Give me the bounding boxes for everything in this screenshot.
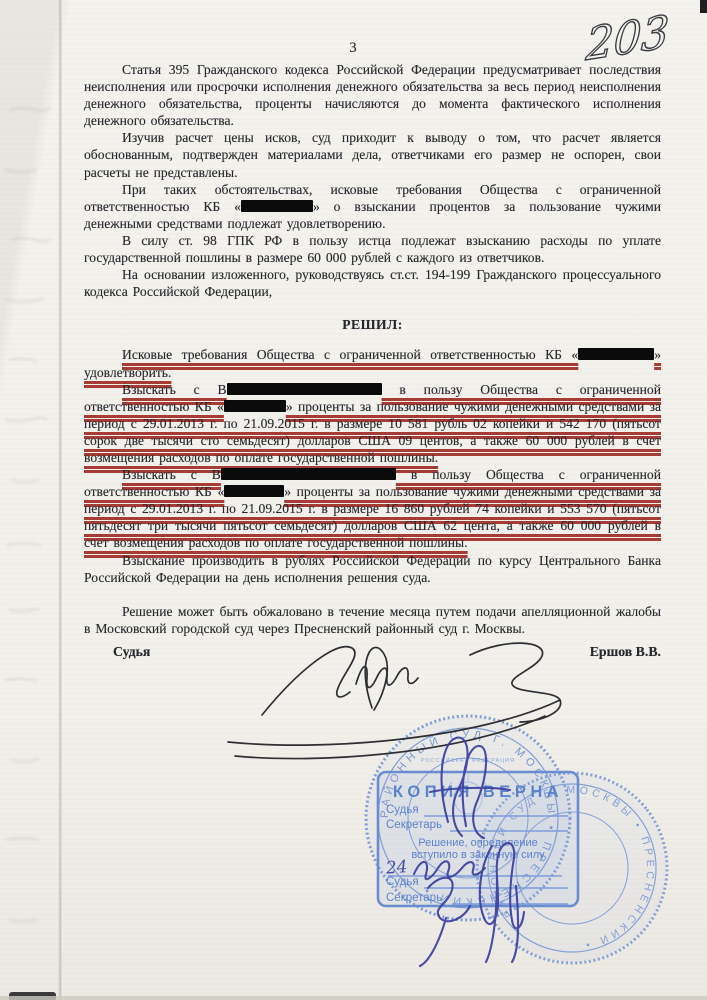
handwritten-date-day: 24 xyxy=(384,857,408,879)
paragraph-currency-conversion: Взыскание производить в рублях Российско… xyxy=(84,552,661,586)
paragraph-appeal: Решение может быть обжаловано в течение … xyxy=(84,603,661,637)
copy-stamp-title: КОПИЯ ВЕРНА xyxy=(393,783,563,801)
copy-stamp-judge-label: Судья xyxy=(386,804,419,816)
paragraph-claims-satisfied: При таких обстоятельствах, исковые требо… xyxy=(84,181,661,232)
judge-label: Судья xyxy=(84,644,150,660)
scan-edge-mark-top-right xyxy=(700,0,707,13)
redaction-bar xyxy=(221,468,396,480)
page-number: 3 xyxy=(0,40,707,57)
svg-text:РАЙОННЫЙ СУД Г. МОСКВЫ • ПРЕСН: РАЙОННЫЙ СУД Г. МОСКВЫ • ПРЕСНЕНСКИЙ • xyxy=(454,750,690,986)
decision-heading: РЕШИЛ: xyxy=(84,316,661,333)
judge-signature-ink xyxy=(228,643,561,758)
redaction-bar xyxy=(224,400,286,412)
paragraph-calculation: Изучив расчет цены исков, суд приходит к… xyxy=(84,129,661,180)
copy-stamp-force-line2: вступило в законную силу xyxy=(411,849,545,861)
paragraph-article-395: Статья 395 Гражданского кодекса Российск… xyxy=(84,61,661,129)
redaction-bar xyxy=(578,348,654,360)
copy-stamp-secretary-label-2: Секретарь xyxy=(386,892,442,904)
signature-row: Судья Ершов В.В. xyxy=(84,644,661,660)
redaction-bar xyxy=(227,383,382,395)
scan-edge-band-bottom xyxy=(0,996,707,1000)
round-stamp-inner-text: РОССИЙСКАЯ ФЕДЕРАЦИЯ xyxy=(421,756,515,764)
round-stamp-right-ring-text: РАЙОННЫЙ СУД Г. МОСКВЫ • ПРЕСНЕНСКИЙ • xyxy=(454,750,690,986)
scanned-court-document-page: 3 203 Статья 395 Гражданского кодекса Ро… xyxy=(0,0,707,1000)
signature-and-stamps-zone: РАЙОННЫЙ СУД Г. МОСКВЫ • ПРЕСНЕНСКИЙ • Р… xyxy=(0,620,707,1000)
round-stamp-left-ring-text: РАЙОННЫЙ СУД Г. МОСКВЫ • ПРЕСНЕНСКИЙ • xyxy=(379,729,557,907)
bleed-through-marks xyxy=(0,0,60,1000)
copy-stamp-judge-label-2: Судья xyxy=(386,876,419,888)
copy-stamp-secretary-label: Секретарь xyxy=(386,819,442,831)
paragraph-state-duty: В силу ст. 98 ГПК РФ в пользу истца подл… xyxy=(84,232,661,266)
document-body: Статья 395 Гражданского кодекса Российск… xyxy=(84,61,661,637)
copy-certification-stamp: КОПИЯ ВЕРНА Судья Секретарь Решение, опр… xyxy=(378,772,578,906)
round-court-stamp-right: РАЙОННЫЙ СУД Г. МОСКВЫ • ПРЕСНЕНСКИЙ • xyxy=(439,735,706,1000)
judge-name: Ершов В.В. xyxy=(590,644,661,660)
paragraph-legal-basis: На основании изложенного, руководствуясь… xyxy=(84,266,661,300)
ruling-paragraph-2: Взыскать с В в пользу Общества с огранич… xyxy=(84,381,661,466)
ruling-paragraph-3: Взыскать с В в пользу Общества с огранич… xyxy=(84,466,661,551)
copy-stamp-force-line1: Решение, определение xyxy=(418,837,537,849)
round-stamp-emblem xyxy=(449,774,486,816)
page-fold-shadow xyxy=(58,0,63,1000)
svg-text:РАЙОННЫЙ СУД Г. МОСКВЫ • ПРЕСН: РАЙОННЫЙ СУД Г. МОСКВЫ • ПРЕСНЕНСКИЙ • xyxy=(379,729,557,907)
ruling-paragraph-1: Исковые требования Общества с ограниченн… xyxy=(84,346,661,380)
redaction-bar xyxy=(241,200,313,212)
round-court-stamp-left: РАЙОННЫЙ СУД Г. МОСКВЫ • ПРЕСНЕНСКИЙ • Р… xyxy=(366,716,570,920)
stamp-handwriting-ink xyxy=(414,738,524,966)
redaction-bar xyxy=(224,485,284,497)
